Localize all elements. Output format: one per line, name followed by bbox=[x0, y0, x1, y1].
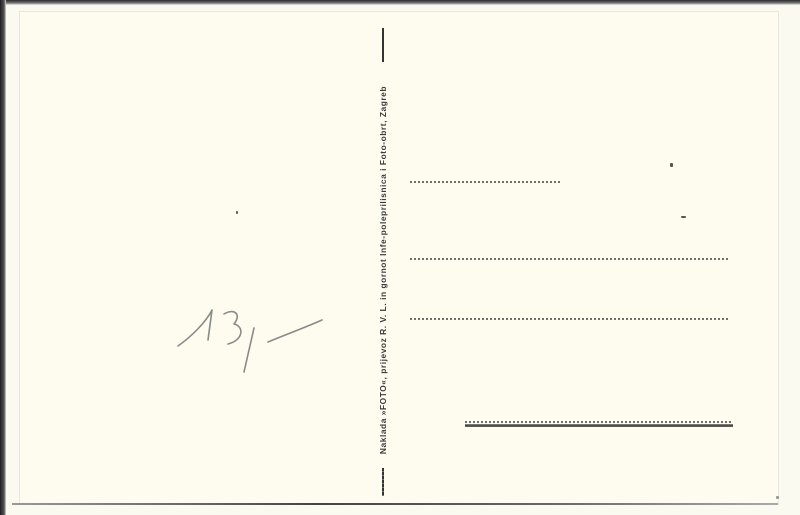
address-line-2 bbox=[410, 258, 730, 260]
paper-speck bbox=[670, 163, 673, 167]
handwritten-price: 13,- bbox=[172, 298, 332, 378]
paper-speck bbox=[236, 211, 238, 214]
scan-edge-top bbox=[0, 0, 800, 5]
center-divider-bottom bbox=[382, 468, 384, 496]
address-line-3 bbox=[410, 318, 730, 320]
paper-speck bbox=[681, 216, 686, 218]
center-divider-top bbox=[382, 28, 384, 62]
postcard-scan: Naklada »FOTO«, prijevoz R. V. L. in gor… bbox=[0, 0, 800, 515]
address-line-4-dotted bbox=[465, 421, 733, 423]
address-line-1 bbox=[410, 181, 560, 183]
scan-edge-left bbox=[0, 0, 6, 515]
address-line-4 bbox=[465, 424, 733, 427]
paper-speck bbox=[776, 496, 779, 499]
publisher-imprint: Naklada »FOTO«, prijevoz R. V. L. in gor… bbox=[378, 86, 388, 454]
postcard-bottom-edge bbox=[12, 503, 778, 505]
